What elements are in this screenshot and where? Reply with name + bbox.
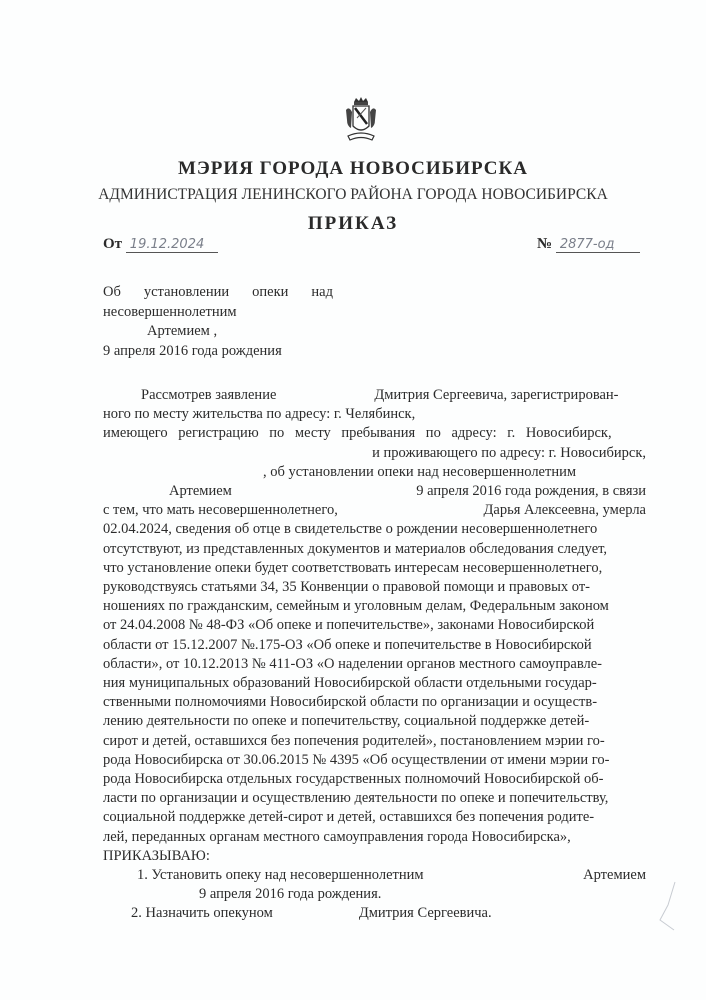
order-item-2: 2. Назначить опекуномДмитрия Сергеевича. bbox=[103, 904, 646, 923]
subject-block: Об установлении опеки над несовершенноле… bbox=[103, 283, 333, 361]
body-line: ния муниципальных образований Новосибирс… bbox=[103, 674, 646, 693]
subject-line-1: Об установлении опеки над bbox=[103, 283, 333, 303]
coat-of-arms-icon bbox=[344, 96, 378, 146]
body-line: рода Новосибирска от 30.06.2015 № 4395 «… bbox=[103, 751, 646, 770]
number-field: № 2877-од bbox=[537, 236, 640, 253]
organization-title: МЭРИЯ ГОРОДА НОВОСИБИРСКА bbox=[0, 158, 706, 180]
body-line: Рассмотрев заявлениеДмитрия Сергеевича, … bbox=[103, 386, 646, 405]
order-body: Рассмотрев заявлениеДмитрия Сергеевича, … bbox=[103, 386, 646, 924]
body-line: ственными полномочиями Новосибирской обл… bbox=[103, 693, 646, 712]
document-type: ПРИКАЗ bbox=[0, 213, 706, 235]
body-line: ласти по организации и осуществлению дея… bbox=[103, 789, 646, 808]
number-label: № bbox=[537, 236, 552, 252]
body-line: отсутствуют, из представленных документо… bbox=[103, 540, 646, 559]
body-line: области», от 10.12.2013 № 411-ОЗ «О наде… bbox=[103, 655, 646, 674]
subject-line-3: Артемием , bbox=[103, 322, 333, 342]
body-line: лей, переданных органам местного самоупр… bbox=[103, 828, 646, 847]
body-line: имеющего регистрацию по месту пребывания… bbox=[103, 424, 646, 443]
subject-line-2: несовершеннолетним bbox=[103, 303, 333, 323]
scan-artifact bbox=[650, 880, 680, 940]
body-line: области от 15.12.2007 №.175-ОЗ «Об опеке… bbox=[103, 636, 646, 655]
body-line: социальной поддержке детей-сирот и детей… bbox=[103, 808, 646, 827]
date-label: От bbox=[103, 236, 122, 252]
date-handwritten: 19.12.2024 bbox=[126, 237, 218, 253]
body-line: что установление опеки будет соответство… bbox=[103, 559, 646, 578]
department-subtitle: АДМИНИСТРАЦИЯ ЛЕНИНСКОГО РАЙОНА ГОРОДА Н… bbox=[0, 186, 706, 204]
body-line: рода Новосибирска отдельных государствен… bbox=[103, 770, 646, 789]
body-line: 02.04.2024, сведения об отце в свидетель… bbox=[103, 520, 646, 539]
order-item-1-cont: 9 апреля 2016 года рождения. bbox=[103, 885, 646, 904]
body-line: ного по месту жительства по адресу: г. Ч… bbox=[103, 405, 646, 424]
body-line: от 24.04.2008 № 48-ФЗ «Об опеке и попечи… bbox=[103, 616, 646, 635]
document-page: МЭРИЯ ГОРОДА НОВОСИБИРСКА АДМИНИСТРАЦИЯ … bbox=[0, 0, 706, 1000]
order-item-1: 1. Установить опеку над несовершеннолетн… bbox=[103, 866, 646, 885]
body-line: Артемием9 апреля 2016 года рождения, в с… bbox=[103, 482, 646, 501]
body-line: и проживающего по адресу: г. Новосибирск… bbox=[103, 444, 646, 463]
number-handwritten: 2877-од bbox=[556, 237, 640, 253]
body-line: сирот и детей, оставшихся без попечения … bbox=[103, 732, 646, 751]
body-line: руководствуясь статьями 34, 35 Конвенции… bbox=[103, 578, 646, 597]
body-line: с тем, что мать несовершеннолетнего,Дарь… bbox=[103, 501, 646, 520]
body-line: , об установлении опеки над несовершенно… bbox=[103, 463, 646, 482]
orders-keyword: ПРИКАЗЫВАЮ: bbox=[103, 847, 646, 866]
body-line: лению деятельности по опеке и попечитель… bbox=[103, 712, 646, 731]
date-field: От 19.12.2024 bbox=[103, 236, 218, 253]
subject-line-4: 9 апреля 2016 года рождения bbox=[103, 342, 333, 362]
body-line: ношениях по гражданским, семейным и угол… bbox=[103, 597, 646, 616]
